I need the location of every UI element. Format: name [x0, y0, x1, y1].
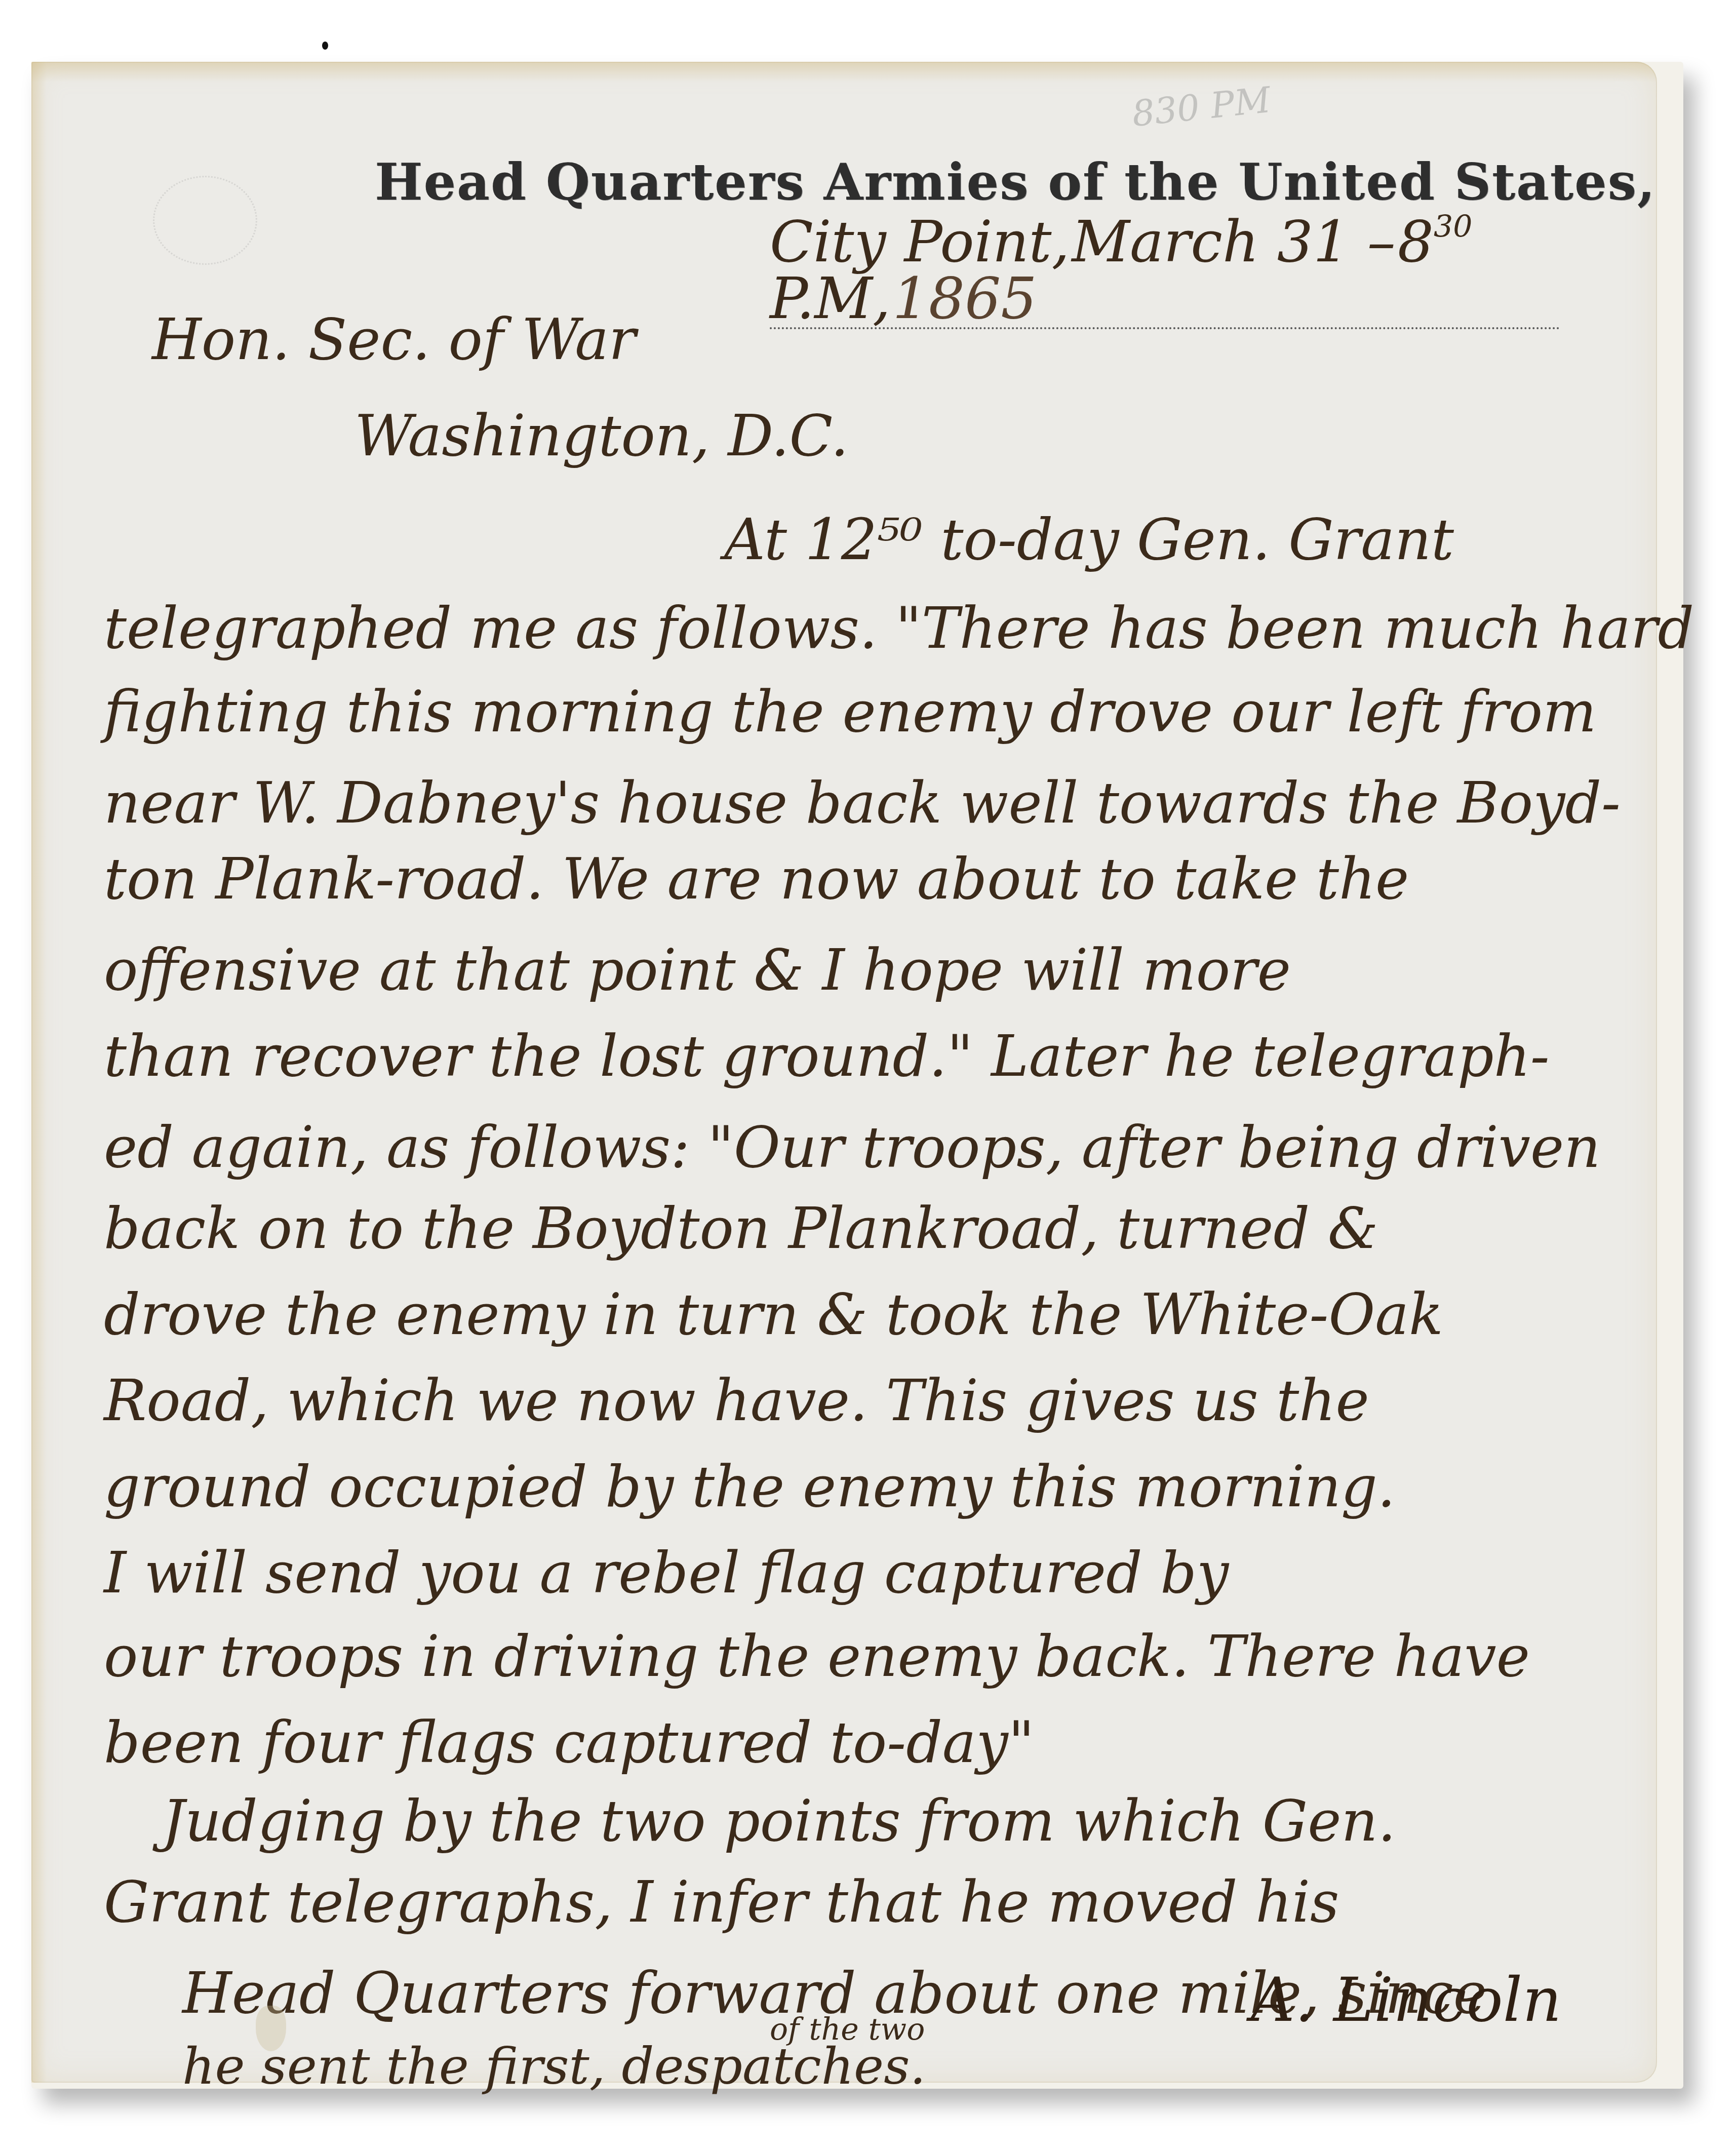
body-line-7: than recover the lost ground." Later he … — [104, 1028, 1550, 1085]
letterhead-title: Head Quarters Armies of the United State… — [375, 152, 1337, 212]
dateline-date: March 31 – — [1072, 214, 1396, 270]
dateline-suffix: P.M, — [770, 270, 891, 327]
embossed-stamp-icon — [153, 176, 257, 265]
body-line-15: been four flags captured to-day" — [104, 1714, 1034, 1771]
signature: A. Lincoln — [1251, 1970, 1561, 2031]
body-line-19: he sent the first, despatches. — [182, 2041, 926, 2092]
body-line-13: I will send you a rebel flag captured by — [104, 1545, 1229, 1601]
body-line-6: offensive at that point & I hope will mo… — [104, 942, 1291, 999]
body-line-9: back on to the Boydton Plankroad, turned… — [104, 1200, 1378, 1257]
water-stain — [256, 2006, 286, 2051]
dateline-hour: 8 — [1398, 214, 1434, 270]
dateline-minutes: 30 — [1434, 212, 1472, 242]
body-line-1: At 12⁵⁰ to-day Gen. Grant — [724, 512, 1454, 568]
salutation-location: Washington, D.C. — [354, 408, 849, 464]
body-line-3: fighting this morning the enemy drove ou… — [104, 684, 1597, 740]
dateline-year: 1865 — [893, 270, 1037, 327]
body-line-8: ed again, as follows: "Our troops, after… — [104, 1119, 1600, 1176]
ink-dot-mark — [322, 42, 328, 50]
body-line-16: Judging by the two points from which Gen… — [162, 1793, 1396, 1850]
body-line-11: Road, which we now have. This gives us t… — [104, 1373, 1369, 1429]
salutation-addressee: Hon. Sec. of War — [152, 311, 636, 368]
body-line-12: ground occupied by the enemy this mornin… — [104, 1459, 1395, 1515]
dateline: City Point, March 31 – 830 P.M, 1865 — [770, 212, 1560, 329]
body-line-5: ton Plank-road. We are now about to take… — [104, 851, 1409, 908]
body-line-4: near W. Dabney's house back well towards… — [104, 775, 1621, 832]
body-line-17: Grant telegraphs, I infer that he moved … — [104, 1874, 1339, 1931]
body-line-14: our troops in driving the enemy back. Th… — [104, 1628, 1530, 1685]
body-line-10: drove the enemy in turn & took the White… — [104, 1286, 1443, 1343]
dateline-place: City Point, — [770, 214, 1070, 270]
body-line-2: telegraphed me as follows. "There has be… — [104, 600, 1694, 657]
